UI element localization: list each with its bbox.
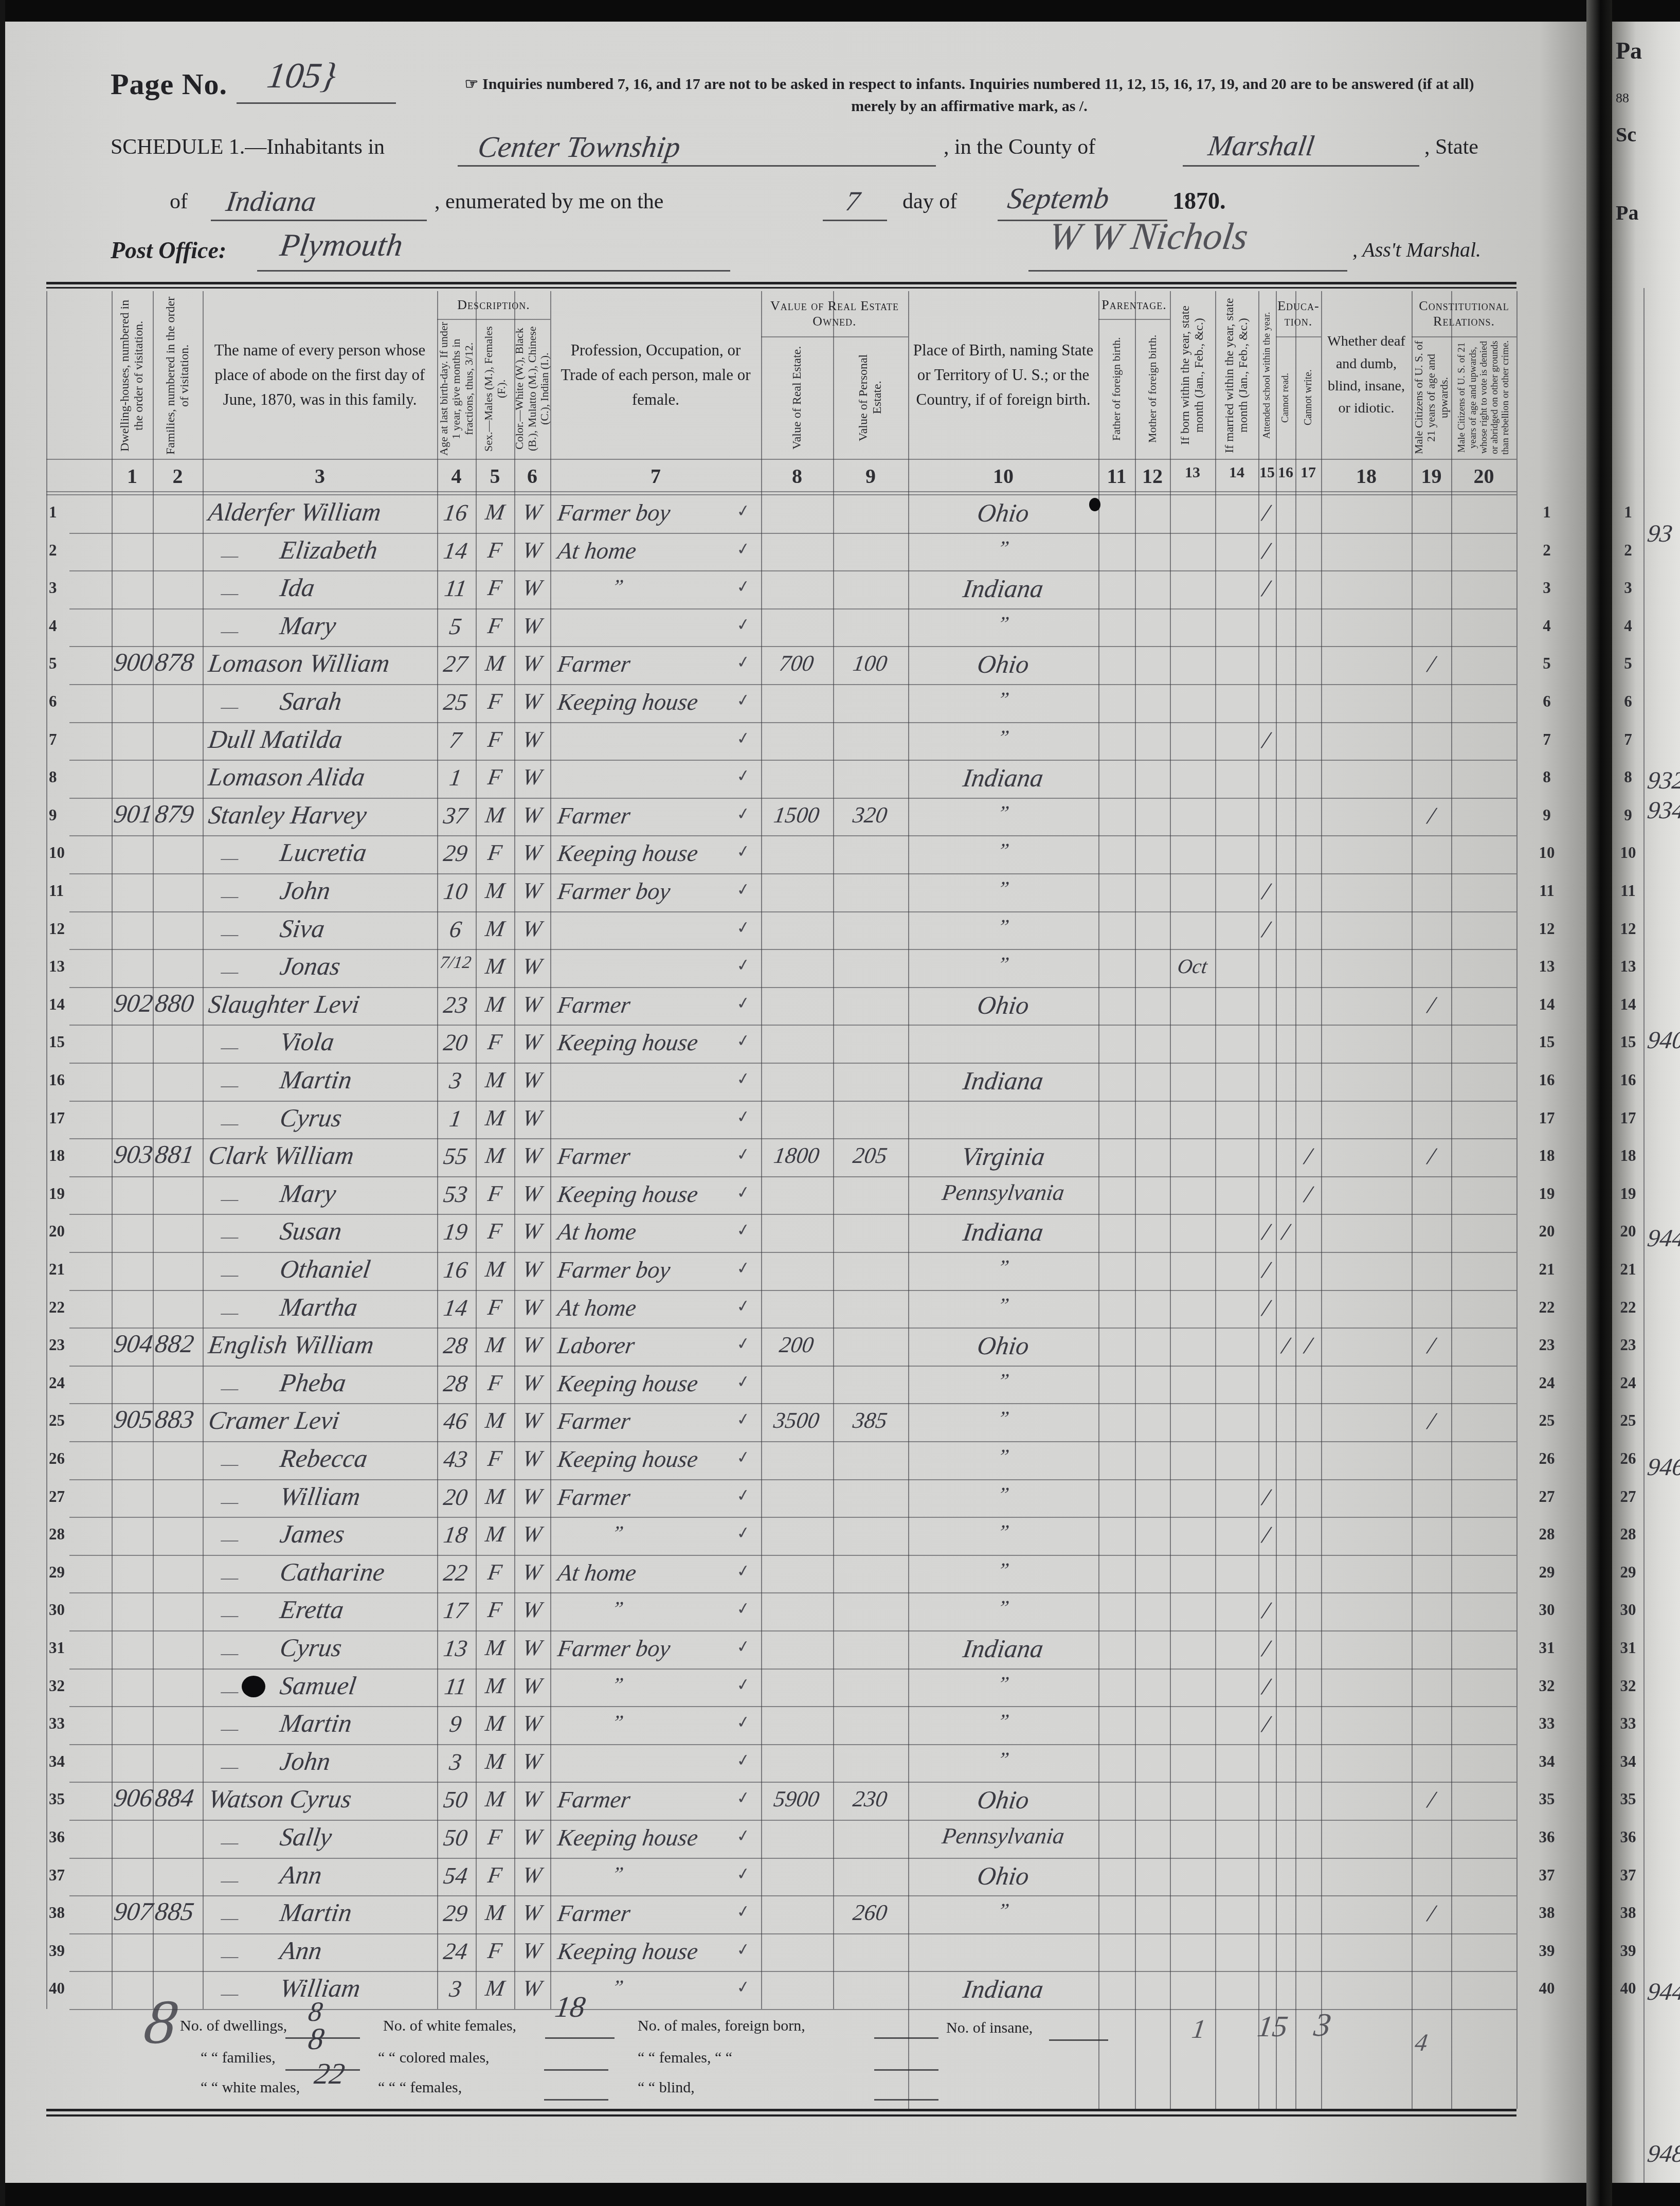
summary-blank-line bbox=[1049, 2038, 1108, 2041]
cell-attended-school-mark: / bbox=[1253, 1710, 1279, 1737]
row-number-right: 38 bbox=[1521, 1904, 1573, 1922]
row-rule-12 bbox=[69, 949, 1516, 950]
cell-surname-ditto-dash: — bbox=[220, 1642, 240, 1664]
next-page-handwritten-fragment: 93 bbox=[1646, 519, 1674, 548]
cell-color: W bbox=[512, 1862, 552, 1888]
row-number-left: 36 bbox=[49, 1828, 103, 1846]
cell-place-of-birth: ” bbox=[909, 536, 1098, 560]
cell-age: 1 bbox=[435, 764, 476, 791]
cell-person-name: Lomason Alida bbox=[207, 762, 367, 792]
column-header-9: Value of Personal Estate. bbox=[833, 338, 908, 457]
cell-sex: F bbox=[474, 1938, 516, 1964]
row-rule-11 bbox=[69, 911, 1516, 912]
cell-person-name: Lomason William bbox=[207, 648, 392, 678]
cell-enumerator-tick-mark: ✓ bbox=[735, 1030, 751, 1051]
cell-occupation: At home bbox=[556, 1218, 638, 1245]
cell-place-of-birth: ” bbox=[909, 725, 1098, 749]
cell-cannot-write-mark: / bbox=[1293, 1332, 1323, 1359]
row-number-left: 11 bbox=[49, 882, 103, 900]
cell-cannot-write-mark: / bbox=[1293, 1142, 1323, 1170]
row-rule-29 bbox=[69, 1592, 1516, 1593]
next-page-row-number: 17 bbox=[1615, 1109, 1641, 1127]
row-number-left: 3 bbox=[49, 579, 103, 597]
next-page-row-number: 31 bbox=[1615, 1639, 1641, 1657]
cell-age: 37 bbox=[435, 802, 476, 829]
row-rule-40 bbox=[69, 2009, 1516, 2010]
row-number-left: 31 bbox=[49, 1639, 103, 1657]
row-rule-28 bbox=[69, 1555, 1516, 1556]
cell-person-name: Dull Matilda bbox=[207, 724, 345, 754]
cell-occupation: Farmer bbox=[556, 650, 632, 677]
cell-age: 19 bbox=[435, 1218, 476, 1245]
column-rule-20 bbox=[1451, 291, 1452, 2109]
summary-value: 22 bbox=[312, 2056, 347, 2091]
cell-attended-school-mark: / bbox=[1253, 916, 1279, 943]
cell-sex: F bbox=[474, 839, 516, 866]
cell-dwelling-number: 900 bbox=[112, 647, 155, 677]
cell-place-of-birth: Ohio bbox=[908, 1785, 1098, 1815]
cell-surname-ditto-dash: — bbox=[220, 1452, 240, 1475]
group-header-rule-4 bbox=[1412, 336, 1516, 337]
cell-place-of-birth: ” bbox=[909, 1709, 1098, 1733]
cell-sex: F bbox=[474, 1218, 516, 1244]
cell-place-of-birth: Indiana bbox=[908, 1634, 1098, 1663]
cell-attended-school-mark: / bbox=[1253, 537, 1279, 564]
cell-color: W bbox=[512, 499, 552, 525]
of-label: of bbox=[170, 189, 188, 214]
cell-age: 28 bbox=[435, 1332, 476, 1359]
cell-person-name: Catharine bbox=[278, 1557, 387, 1587]
row-number-right: 4 bbox=[1521, 617, 1573, 635]
cell-enumerator-tick-mark: ✓ bbox=[735, 1825, 751, 1846]
cell-color: W bbox=[512, 1975, 552, 2001]
cell-occupation: Farmer boy bbox=[556, 1256, 672, 1283]
row-rule-25 bbox=[69, 1441, 1516, 1442]
table-bottom-rule-1 bbox=[46, 2109, 1516, 2111]
row-rule-22 bbox=[69, 1328, 1516, 1329]
cell-age: 16 bbox=[435, 499, 476, 526]
cell-color: W bbox=[512, 1899, 552, 1926]
cell-occupation: Keeping house bbox=[556, 839, 700, 867]
cell-enumerator-tick-mark: ✓ bbox=[735, 1106, 751, 1127]
row-rule-7 bbox=[69, 760, 1516, 761]
cell-enumerator-tick-mark: ✓ bbox=[735, 538, 751, 559]
column-group-header: Description. bbox=[437, 291, 550, 319]
row-number-left: 28 bbox=[49, 1525, 103, 1544]
cell-surname-ditto-dash: — bbox=[220, 1377, 240, 1400]
row-number-right: 1 bbox=[1521, 503, 1573, 522]
row-number-left: 29 bbox=[49, 1563, 103, 1582]
row-number-right: 40 bbox=[1521, 1979, 1573, 1998]
group-header-rule-2 bbox=[1098, 319, 1170, 320]
row-number-right: 29 bbox=[1521, 1563, 1573, 1582]
next-page-handwritten-fragment: 940 bbox=[1646, 1026, 1680, 1054]
next-page-row-number: 12 bbox=[1615, 920, 1641, 938]
next-page-row-number: 14 bbox=[1615, 995, 1641, 1014]
row-number-right: 7 bbox=[1521, 730, 1573, 749]
cell-occupation: Keeping house bbox=[556, 1029, 700, 1056]
column-number-19: 19 bbox=[1412, 464, 1451, 488]
cell-person-name: Susan bbox=[278, 1216, 344, 1246]
cell-age: 20 bbox=[435, 1483, 476, 1511]
cell-sex: F bbox=[474, 1294, 516, 1320]
cell-enumerator-tick-mark: ✓ bbox=[735, 689, 751, 710]
cell-occupation: Farmer boy bbox=[556, 499, 672, 526]
cell-birth-month: Oct bbox=[1169, 954, 1216, 978]
cell-sex: M bbox=[474, 1142, 516, 1169]
cell-color: W bbox=[512, 1142, 552, 1169]
state-blank-line bbox=[211, 218, 427, 221]
column-header-11: Father of foreign birth. bbox=[1098, 321, 1135, 457]
cell-real-estate-value: 5900 bbox=[760, 1786, 833, 1812]
cell-place-of-birth: ” bbox=[909, 1558, 1098, 1582]
cell-sex: M bbox=[474, 499, 516, 525]
cell-attended-school-mark: / bbox=[1253, 499, 1279, 526]
cell-place-of-birth: Indiana bbox=[908, 763, 1098, 793]
cell-real-estate-value: 200 bbox=[760, 1332, 833, 1358]
cell-personal-estate-value: 230 bbox=[832, 1786, 908, 1812]
column-header-12: Mother of foreign birth. bbox=[1135, 321, 1170, 457]
cell-surname-ditto-dash: — bbox=[220, 1225, 240, 1248]
cell-dwelling-number: 903 bbox=[112, 1139, 155, 1169]
cell-attended-school-mark: / bbox=[1253, 1597, 1279, 1624]
cell-sex: M bbox=[474, 1673, 516, 1699]
column-header-15: Attended school within the year. bbox=[1258, 294, 1276, 457]
summary-blank-line bbox=[544, 2068, 608, 2071]
next-page-row-number: 34 bbox=[1615, 1752, 1641, 1771]
summary-label: “ “ families, bbox=[201, 2049, 276, 2067]
cell-color: W bbox=[512, 1824, 552, 1850]
cell-surname-ditto-dash: — bbox=[220, 1491, 240, 1513]
next-page-row-number: 35 bbox=[1615, 1790, 1641, 1808]
row-number-left: 20 bbox=[49, 1222, 103, 1241]
cell-person-name: Eretta bbox=[278, 1594, 346, 1624]
cell-person-name: Samuel bbox=[278, 1671, 358, 1700]
next-page-row-number: 25 bbox=[1615, 1411, 1641, 1430]
cell-real-estate-value: 1500 bbox=[760, 802, 833, 828]
next-page-row-number: 9 bbox=[1615, 806, 1641, 824]
cell-sex: F bbox=[474, 688, 516, 714]
cell-color: W bbox=[512, 1673, 552, 1699]
next-page-row-number: 29 bbox=[1615, 1563, 1641, 1582]
cell-age: 43 bbox=[435, 1445, 476, 1473]
cell-place-of-birth: ” bbox=[909, 1255, 1098, 1279]
cell-color: W bbox=[512, 1105, 552, 1131]
cell-age: 23 bbox=[435, 991, 476, 1018]
cell-place-of-birth: ” bbox=[909, 612, 1098, 636]
cell-person-name: English William bbox=[207, 1330, 376, 1359]
row-rule-38 bbox=[69, 1933, 1516, 1934]
cell-enumerator-tick-mark: ✓ bbox=[735, 878, 751, 900]
row-number-left: 19 bbox=[49, 1185, 103, 1203]
summary-label: No. of dwellings, bbox=[180, 2017, 287, 2035]
row-number-right: 14 bbox=[1521, 995, 1573, 1014]
cell-male-citizen-mark: / bbox=[1410, 1332, 1453, 1359]
cell-color: W bbox=[512, 1483, 552, 1510]
page-no-label: Page No. bbox=[111, 67, 227, 101]
row-rule-32 bbox=[69, 1706, 1516, 1707]
cell-age: 5 bbox=[435, 613, 476, 640]
column-number-8: 8 bbox=[761, 464, 833, 488]
next-page-row-number: 32 bbox=[1615, 1677, 1641, 1695]
cell-occupation: Farmer boy bbox=[556, 877, 672, 905]
row-rule-27 bbox=[69, 1517, 1516, 1518]
cell-dwelling-number: 905 bbox=[112, 1404, 155, 1434]
cell-enumerator-tick-mark: ✓ bbox=[735, 1901, 751, 1922]
cell-occupation: Farmer bbox=[556, 1142, 632, 1170]
cell-sex: M bbox=[474, 1786, 516, 1812]
cell-surname-ditto-dash: — bbox=[220, 1188, 240, 1210]
cell-enumerator-tick-mark: ✓ bbox=[735, 1409, 751, 1430]
row-rule-39 bbox=[69, 1971, 1516, 1972]
cell-person-name: Stanley Harvey bbox=[207, 800, 369, 830]
next-page-handwritten-fragment: 944 bbox=[1646, 1978, 1680, 2006]
column-number-3: 3 bbox=[203, 464, 437, 488]
row-rule-8 bbox=[69, 798, 1516, 799]
column-rule-13 bbox=[1170, 291, 1171, 2109]
row-number-right: 11 bbox=[1521, 882, 1573, 900]
cell-enumerator-tick-mark: ✓ bbox=[735, 1977, 751, 1998]
next-page-row-number: 2 bbox=[1615, 541, 1641, 560]
cell-place-of-birth: ” bbox=[909, 1293, 1098, 1317]
cell-place-of-birth: Indiana bbox=[908, 1217, 1098, 1247]
next-page-row-number: 23 bbox=[1615, 1336, 1641, 1354]
cell-age: 18 bbox=[435, 1521, 476, 1548]
cell-place-of-birth: Ohio bbox=[908, 498, 1098, 528]
cell-color: W bbox=[512, 1332, 552, 1358]
cell-enumerator-tick-mark: ✓ bbox=[735, 917, 751, 938]
next-page-row-number: 15 bbox=[1615, 1033, 1641, 1051]
row-number-right: 13 bbox=[1521, 957, 1573, 976]
cell-occupation: At home bbox=[556, 1559, 638, 1586]
cell-enumerator-tick-mark: ✓ bbox=[735, 727, 751, 748]
row-number-right: 27 bbox=[1521, 1487, 1573, 1506]
cell-place-of-birth: ” bbox=[909, 1898, 1098, 1923]
cell-sex: F bbox=[474, 1597, 516, 1623]
cell-place-of-birth: ” bbox=[909, 1747, 1098, 1771]
column-header-3: The name of every person whose place of … bbox=[207, 293, 433, 457]
cell-enumerator-tick-mark: ✓ bbox=[735, 765, 751, 786]
next-page-row-number: 24 bbox=[1615, 1374, 1641, 1392]
cell-family-number: 881 bbox=[153, 1139, 196, 1169]
row-number-right: 31 bbox=[1521, 1639, 1573, 1657]
row-number-left: 22 bbox=[49, 1298, 103, 1317]
row-number-left: 23 bbox=[49, 1336, 103, 1354]
cell-surname-ditto-dash: — bbox=[220, 582, 240, 604]
column-header-14: If married within the year, state month … bbox=[1215, 294, 1258, 457]
cell-color: W bbox=[512, 1635, 552, 1661]
book-gutter bbox=[1586, 0, 1612, 2206]
cell-person-name: Martin bbox=[278, 1708, 354, 1738]
cell-color: W bbox=[512, 1597, 552, 1623]
row-number-right: 39 bbox=[1521, 1942, 1573, 1960]
group-header-rule-3 bbox=[1276, 336, 1321, 337]
next-page-row-number: 28 bbox=[1615, 1525, 1641, 1544]
cell-color: W bbox=[512, 650, 552, 676]
summary-blank-line bbox=[544, 2097, 608, 2101]
cell-sex: M bbox=[474, 1521, 516, 1547]
cell-color: W bbox=[512, 537, 552, 563]
summary-label: “ “ colored males, bbox=[378, 2049, 490, 2067]
cell-place-of-birth: ” bbox=[909, 1672, 1098, 1696]
summary-label: “ “ females, “ “ bbox=[638, 2049, 732, 2067]
row-number-left: 12 bbox=[49, 920, 103, 938]
cell-sex: F bbox=[474, 1862, 516, 1888]
row-number-left: 25 bbox=[49, 1411, 103, 1430]
cell-place-of-birth: ” bbox=[909, 1595, 1098, 1620]
row-rule-35 bbox=[69, 1820, 1516, 1821]
row-rule-18 bbox=[69, 1176, 1516, 1177]
cell-sex: M bbox=[474, 1483, 516, 1510]
row-rule-33 bbox=[69, 1744, 1516, 1745]
cell-sex: F bbox=[474, 613, 516, 639]
row-number-left: 2 bbox=[49, 541, 103, 560]
cell-enumerator-tick-mark: ✓ bbox=[735, 1863, 751, 1884]
cell-color: W bbox=[512, 953, 552, 979]
column-number-17: 17 bbox=[1295, 464, 1321, 481]
cell-surname-ditto-dash: — bbox=[220, 1604, 240, 1626]
cell-enumerator-tick-mark: ✓ bbox=[735, 1939, 751, 1960]
post-office-label: Post Office: bbox=[111, 237, 226, 264]
row-number-left: 34 bbox=[49, 1752, 103, 1771]
cell-occupation: At home bbox=[556, 1294, 638, 1321]
summary-label: “ “ “ females, bbox=[378, 2079, 462, 2096]
cell-occupation: Farmer bbox=[556, 1407, 632, 1434]
column-rule-11 bbox=[1098, 291, 1099, 2109]
row-rule-26 bbox=[69, 1479, 1516, 1480]
cell-age: 53 bbox=[435, 1180, 476, 1208]
cell-sex: M bbox=[474, 1105, 516, 1131]
cell-age: 3 bbox=[435, 1067, 476, 1094]
cell-personal-estate-value: 385 bbox=[832, 1407, 908, 1433]
cell-color: W bbox=[512, 1445, 552, 1472]
row-rule-19 bbox=[69, 1214, 1516, 1215]
cell-enumerator-tick-mark: ✓ bbox=[735, 614, 751, 635]
cell-male-citizen-mark: / bbox=[1410, 1786, 1453, 1813]
table-bottom-rule-2 bbox=[46, 2114, 1516, 2117]
cell-age: 24 bbox=[435, 1938, 476, 1965]
column-header-16: Cannot read. bbox=[1276, 338, 1295, 457]
cell-color: W bbox=[512, 916, 552, 942]
column-rule-9 bbox=[833, 291, 834, 2009]
row-rule-36 bbox=[69, 1858, 1516, 1859]
next-page-row-number: 3 bbox=[1615, 579, 1641, 597]
cell-sex: M bbox=[474, 1635, 516, 1661]
row-rule-17 bbox=[69, 1138, 1516, 1139]
cell-attended-school-mark: / bbox=[1253, 1256, 1279, 1283]
cell-family-number: 880 bbox=[153, 988, 196, 1018]
cell-surname-ditto-dash: — bbox=[220, 1566, 240, 1589]
row-number-right: 8 bbox=[1521, 768, 1573, 786]
next-page-row-number: 36 bbox=[1615, 1828, 1641, 1846]
post-office-value: Plymouth bbox=[278, 227, 405, 264]
cell-age: 3 bbox=[435, 1975, 476, 2002]
cell-occupation: Keeping house bbox=[556, 688, 700, 715]
cell-occupation: Farmer boy bbox=[556, 1635, 672, 1662]
cell-surname-ditto-dash: — bbox=[220, 1112, 240, 1135]
summary-label: No. of white females, bbox=[383, 2017, 516, 2035]
cell-person-name: Slaughter Levi bbox=[207, 989, 362, 1019]
cell-enumerator-tick-mark: ✓ bbox=[735, 1787, 751, 1808]
cell-surname-ditto-dash: — bbox=[220, 1755, 240, 1778]
column-number-4: 4 bbox=[437, 464, 476, 488]
next-page-header-fragment: Pa bbox=[1616, 37, 1642, 64]
cell-male-citizen-mark: / bbox=[1410, 991, 1453, 1018]
cell-color: W bbox=[512, 1786, 552, 1812]
row-number-left: 17 bbox=[49, 1109, 103, 1127]
cell-person-name: John bbox=[278, 1746, 332, 1776]
county-value: Marshall bbox=[1206, 130, 1316, 163]
cell-occupation: At home bbox=[556, 537, 638, 564]
cell-attended-school-mark: / bbox=[1253, 1635, 1279, 1662]
column-rule-0 bbox=[46, 291, 47, 2009]
cell-color: W bbox=[512, 1067, 552, 1093]
cell-person-name: Cyrus bbox=[278, 1103, 344, 1133]
cell-color: W bbox=[512, 575, 552, 601]
cell-color: W bbox=[512, 991, 552, 1017]
row-rule-30 bbox=[69, 1630, 1516, 1631]
cell-age: 25 bbox=[435, 688, 476, 715]
row-number-left: 15 bbox=[49, 1033, 103, 1051]
cell-person-name: James bbox=[278, 1519, 347, 1549]
cell-person-name: Ida bbox=[278, 572, 317, 602]
row-number-right: 18 bbox=[1521, 1146, 1573, 1165]
cell-person-name: Rebecca bbox=[278, 1443, 369, 1473]
table-top-rule-2 bbox=[46, 287, 1516, 289]
column-rule-18 bbox=[1321, 291, 1322, 2109]
row-number-left: 33 bbox=[49, 1714, 103, 1733]
next-page-handwritten-fragment: 934 bbox=[1646, 796, 1680, 824]
next-page-row-number: 8 bbox=[1615, 768, 1641, 786]
cell-enumerator-tick-mark: ✓ bbox=[735, 1144, 751, 1165]
cell-family-number: 878 bbox=[153, 647, 196, 677]
next-page-column-rule bbox=[1643, 288, 1645, 2183]
cell-surname-ditto-dash: — bbox=[220, 1263, 240, 1286]
column-header-20: Male Citizens of U. S. of 21 years of ag… bbox=[1451, 338, 1516, 457]
row-number-right: 28 bbox=[1521, 1525, 1573, 1544]
cell-person-name: Lucretia bbox=[278, 837, 369, 867]
state-value: Indiana bbox=[224, 185, 318, 218]
cell-person-name: Alderfer William bbox=[207, 497, 383, 527]
cell-color: W bbox=[512, 688, 552, 714]
cell-age: 13 bbox=[435, 1635, 476, 1662]
next-page-row-number: 37 bbox=[1615, 1866, 1641, 1885]
cell-occupation: Laborer bbox=[556, 1332, 637, 1359]
row-rule-4 bbox=[69, 646, 1516, 647]
cell-surname-ditto-dash: — bbox=[220, 1982, 240, 2005]
cell-person-name: Martin bbox=[278, 1065, 354, 1095]
cell-attended-school-mark: / bbox=[1253, 726, 1279, 754]
column-header-10: Place of Birth, naming State or Territor… bbox=[912, 293, 1094, 457]
cell-sex: M bbox=[474, 802, 516, 828]
cell-occupation: Keeping house bbox=[556, 1370, 700, 1397]
cell-place-of-birth: Indiana bbox=[908, 1066, 1098, 1096]
cell-family-number: 883 bbox=[153, 1404, 196, 1434]
next-page-edge bbox=[1612, 22, 1680, 2183]
row-rule-23 bbox=[69, 1366, 1516, 1367]
row-number-left: 9 bbox=[49, 806, 103, 824]
cell-color: W bbox=[512, 1748, 552, 1774]
cell-person-name: Ann bbox=[278, 1860, 324, 1890]
ink-spot bbox=[1089, 498, 1100, 511]
cell-place-of-birth: ” bbox=[909, 1520, 1098, 1544]
row-number-right: 30 bbox=[1521, 1601, 1573, 1619]
row-rule-16 bbox=[69, 1101, 1516, 1102]
county-label: , in the County of bbox=[944, 135, 1095, 159]
row-number-right: 3 bbox=[1521, 579, 1573, 597]
cell-dwelling-number: 904 bbox=[112, 1329, 155, 1358]
row-rule-14 bbox=[69, 1025, 1516, 1026]
